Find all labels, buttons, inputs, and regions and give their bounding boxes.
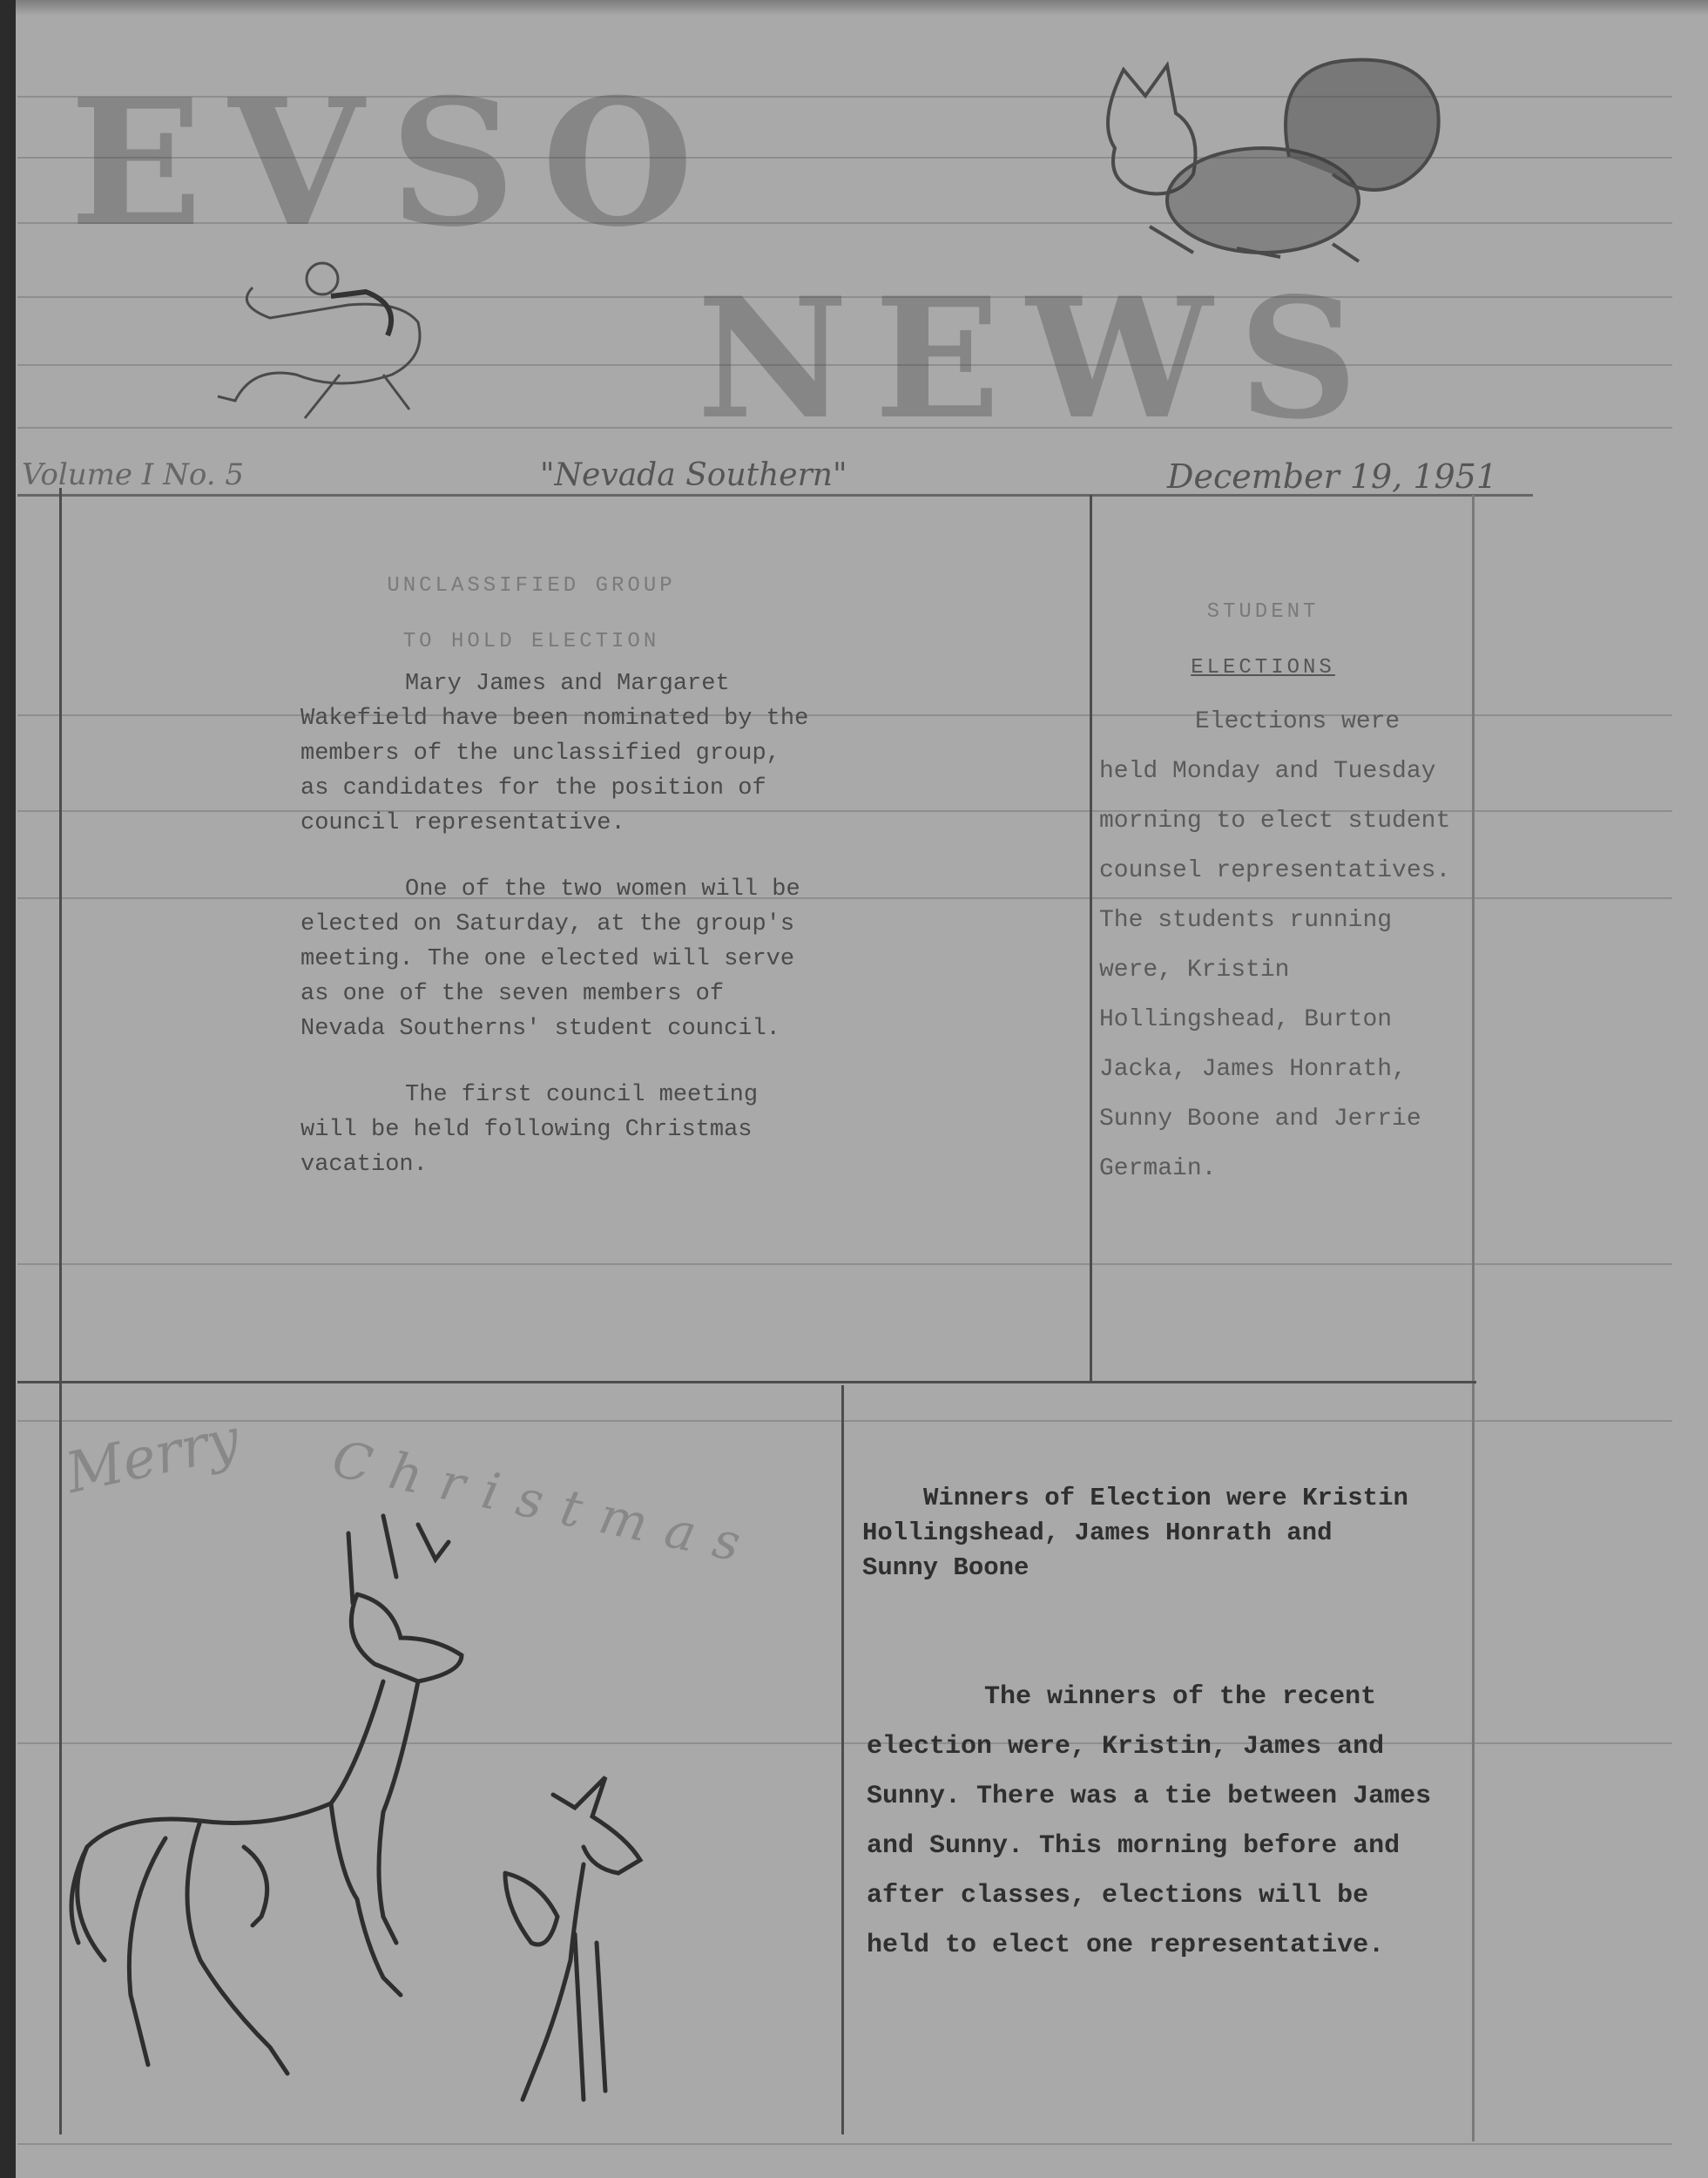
page-top-edge: [0, 0, 1708, 16]
page-left-edge: [0, 0, 16, 2178]
column-divider-top: [1090, 495, 1092, 1383]
school-name: "Nevada Southern": [540, 457, 847, 493]
fawn-drawing-icon: [488, 1769, 662, 2117]
masthead-bottom-word: NEWS: [697, 261, 1384, 456]
article-2-headline: STUDENT ELECTIONS: [1132, 571, 1394, 710]
article-1-paragraph: The first council meeting will be held f…: [300, 1078, 814, 1182]
column-divider-bottom: [841, 1385, 844, 2134]
article-3-body: The winners of the recent election were,…: [867, 1673, 1446, 1971]
issue-date: December 19, 1951: [1167, 457, 1497, 496]
article-2-body: Elections were held Monday and Tuesday m…: [1099, 697, 1465, 1194]
article-2-paragraph: Elections were held Monday and Tuesday m…: [1099, 697, 1465, 1194]
article-1-paragraph: One of the two women will be elected on …: [300, 872, 814, 1046]
squirrel-drawing-icon: [1071, 52, 1472, 270]
article-1-headline: UNCLASSIFIED GROUP TO HOLD ELECTION: [287, 544, 775, 684]
volume-number: Volume I No. 5: [22, 457, 244, 492]
section-divider: [17, 1381, 1476, 1383]
article-1-paragraph: Mary James and Margaret Wakefield have b…: [300, 666, 814, 841]
article-1-body: Mary James and Margaret Wakefield have b…: [300, 666, 814, 1182]
rabbit-drawing-icon: [200, 253, 435, 427]
article-3-summary: Winners of Election were Kristin Holling…: [862, 1481, 1420, 1586]
masthead-top-word: EVSO: [70, 61, 719, 266]
greeting-merry: Merry: [61, 1407, 246, 1506]
right-border: [1472, 495, 1475, 2141]
